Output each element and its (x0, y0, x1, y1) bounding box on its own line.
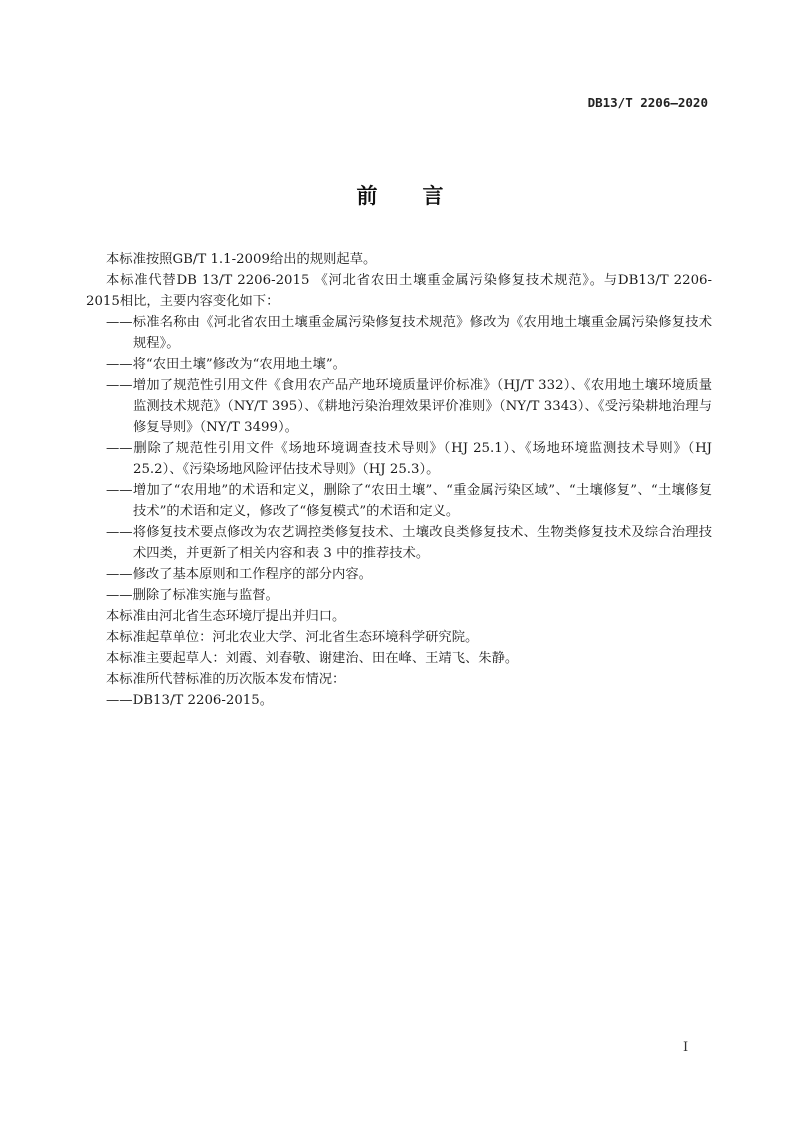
page-number: I (683, 1040, 688, 1055)
paragraph-history-heading: 本标准所代替标准的历次版本发布情况： (86, 669, 712, 690)
standard-code: DB13/T 2206—2020 (588, 95, 708, 110)
change-item: ——删除了规范性引用文件《场地环境调查技术导则》（HJ 25.1）、《场地环境监… (106, 438, 712, 480)
paragraph-drafting-units: 本标准起草单位：河北农业大学、河北省生态环境科学研究院。 (86, 627, 712, 648)
change-item: ——修改了基本原则和工作程序的部分内容。 (106, 564, 712, 585)
paragraph-drafters: 本标准主要起草人：刘霞、刘春敬、谢建治、田在峰、王靖飞、朱静。 (86, 648, 712, 669)
history-item: ——DB13/T 2206-2015。 (106, 690, 712, 711)
change-item: ——将“农田土壤”修改为“农用地土壤”。 (106, 354, 712, 375)
paragraph-proposer: 本标准由河北省生态环境厅提出并归口。 (86, 606, 712, 627)
change-item: ——删除了标准实施与监督。 (106, 585, 712, 606)
paragraph-replaces: 本标准代替DB 13/T 2206-2015 《河北省农田土壤重金属污染修复技术… (86, 270, 712, 312)
change-item: ——将修复技术要点修改为农艺调控类修复技术、土壤改良类修复技术、生物类修复技术及… (106, 522, 712, 564)
change-item: ——增加了规范性引用文件《食用农产品产地环境质量评价标准》（HJ/T 332）、… (106, 375, 712, 438)
page-title: 前 言 (0, 180, 800, 210)
change-item: ——标准名称由《河北省农田土壤重金属污染修复技术规范》修改为《农用地土壤重金属污… (106, 312, 712, 354)
change-item: ——增加了“农用地”的术语和定义，删除了“农田土壤”、“重金属污染区域”、“土壤… (106, 480, 712, 522)
paragraph-drafting-rules: 本标准按照GB/T 1.1-2009给出的规则起草。 (86, 249, 712, 270)
foreword-body: 本标准按照GB/T 1.1-2009给出的规则起草。 本标准代替DB 13/T … (86, 249, 712, 711)
